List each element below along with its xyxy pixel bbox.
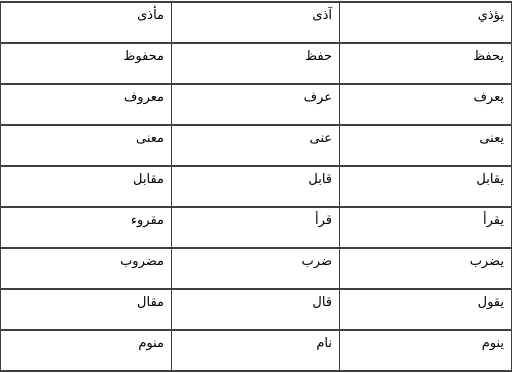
table-cell: مقروء [1,207,172,248]
table-cell: يحفظ [340,43,512,84]
table-cell: منوم [1,330,172,371]
table-cell: يعنى [340,125,512,166]
table-cell: ينوم [340,330,512,371]
document-page: مأذى آذى يؤذي محفوظ حفظ يحفظ معروف عرف ي… [0,0,512,373]
table-cell: يعرف [340,84,512,125]
table-cell: يقول [340,289,512,330]
table-row: معروف عرف يعرف [1,84,512,125]
table-cell: مضروب [1,248,172,289]
table-cell: ضرب [172,248,340,289]
table-row: محفوظ حفظ يحفظ [1,43,512,84]
table-cell: مقال [1,289,172,330]
table-cell: نام [172,330,340,371]
table-cell: آذى [172,2,340,43]
table-row: مقروء قرأ يقرأ [1,207,512,248]
table-row: منوم نام ينوم [1,330,512,371]
table-cell: يقابل [340,166,512,207]
table-cell: يقرأ [340,207,512,248]
table-cell: محفوظ [1,43,172,84]
table-cell: معروف [1,84,172,125]
table-row: مضروب ضرب يضرب [1,248,512,289]
table-cell: حفظ [172,43,340,84]
table-cell: قابل [172,166,340,207]
table-cell: يضرب [340,248,512,289]
table-cell: مقابل [1,166,172,207]
table-cell: قرأ [172,207,340,248]
table-cell: مأذى [1,2,172,43]
table-cell: قال [172,289,340,330]
table-cell: معنى [1,125,172,166]
table-cell: عرف [172,84,340,125]
arabic-verb-table: مأذى آذى يؤذي محفوظ حفظ يحفظ معروف عرف ي… [0,1,512,372]
table-row: مقال قال يقول [1,289,512,330]
table-row: مقابل قابل يقابل [1,166,512,207]
table-row: مأذى آذى يؤذي [1,2,512,43]
table-cell: يؤذي [340,2,512,43]
table-cell: عنى [172,125,340,166]
table-row: معنى عنى يعنى [1,125,512,166]
